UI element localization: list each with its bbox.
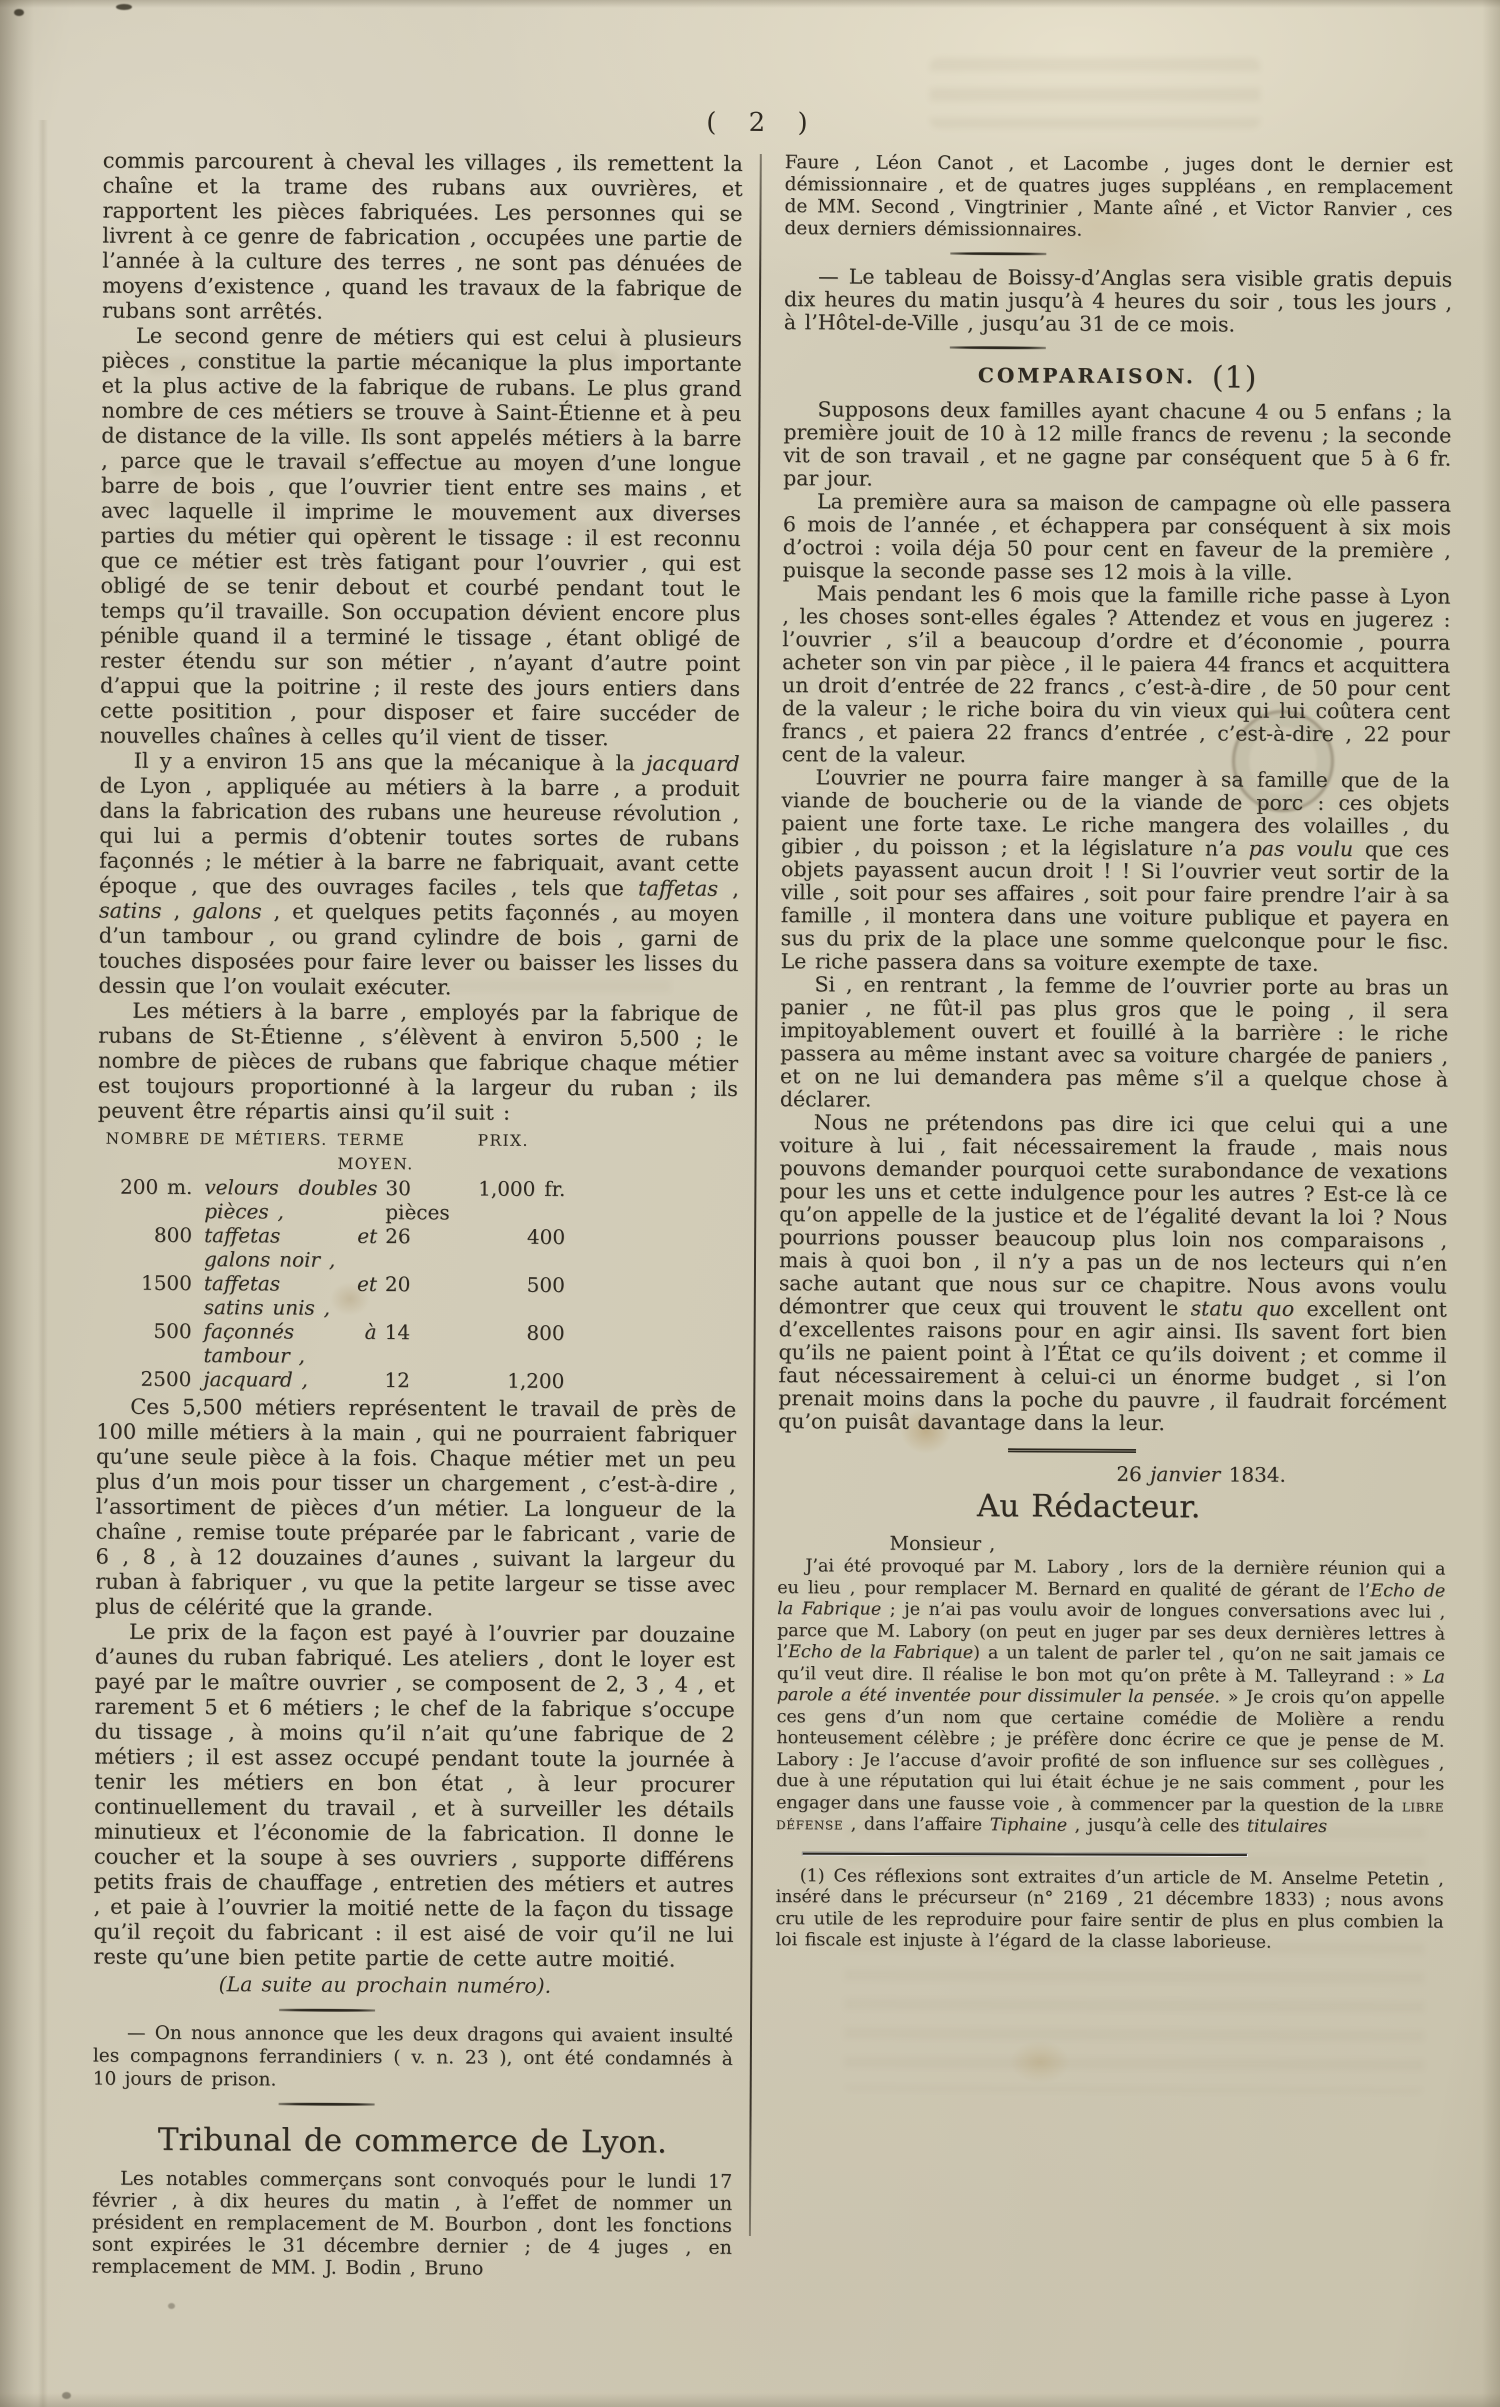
- cell-article: taffetas et galons noir ,: [192, 1223, 377, 1272]
- section-rule: [950, 252, 1046, 256]
- cell-prix: 1,000 fr.: [475, 1177, 565, 1225]
- right-column: Faure , Léon Canot , et Lacombe , juges …: [775, 152, 1452, 1955]
- article-paragraph: Le prix de la façon est payé à l’ouvrier…: [93, 1620, 735, 1973]
- cell-article: velours doubles pièces ,: [192, 1175, 377, 1224]
- cell-nombre: 200 m.: [97, 1175, 192, 1223]
- suite-note: (La suite au prochain numéro).: [93, 1971, 733, 2000]
- section-rule: [279, 2008, 375, 2012]
- letter-salutation: Monsieur ,: [777, 1532, 1445, 1558]
- article-paragraph: Ces 5,500 métiers représentent le travai…: [95, 1395, 736, 1623]
- table-row: 200 m. velours doubles pièces , 30 pièce…: [97, 1175, 737, 1226]
- cell-prix: 400: [475, 1225, 565, 1273]
- cell-terme: 26: [377, 1224, 475, 1273]
- article-paragraph: Les métiers à la barre , employés par la…: [98, 999, 739, 1127]
- comparaison-title: COMPARAISON.: [978, 363, 1196, 388]
- article-paragraph: Il y a environ 15 ans que la mécanique à…: [98, 749, 739, 1002]
- article-paragraph: Le second genre de métiers qui est celui…: [100, 324, 742, 752]
- cell-terme: 20: [377, 1272, 475, 1321]
- cell-terme: 12: [376, 1368, 474, 1393]
- section-rule: [1008, 1448, 1136, 1453]
- tribunal-heading: Tribunal de commerce de Lyon.: [92, 2122, 732, 2161]
- footnote-rule: [802, 1851, 1248, 1856]
- cell-nombre: 1500: [97, 1271, 192, 1319]
- footnote: (1) Ces réflexions sont extraites d’un a…: [775, 1866, 1443, 1955]
- letter-date: 26 janvier 1834.: [778, 1460, 1446, 1487]
- cell-prix: 1,200: [474, 1369, 564, 1393]
- cell-nombre: 800: [97, 1223, 192, 1271]
- table-header-nombre: NOMBRE DE MÉTIERS.: [97, 1127, 337, 1176]
- section-rule: [279, 2102, 375, 2106]
- comparaison-paragraph: La première aura sa maison de campagne o…: [783, 490, 1451, 585]
- newspaper-page: ( 2 ) commis parcourent à cheval les vil…: [0, 0, 1500, 2407]
- column-divider: [749, 154, 762, 2236]
- letter-body: J’ai été provoqué par M. Labory , lors d…: [776, 1556, 1445, 1839]
- table-header-row: NOMBRE DE MÉTIERS. TERME MOYEN. PRIX.: [97, 1127, 737, 1178]
- cell-terme: 14: [376, 1320, 474, 1369]
- letter-heading: Au Rédacteur.: [778, 1487, 1400, 1526]
- cell-article: taffetas et satins unis ,: [192, 1271, 377, 1320]
- cell-nombre: 500: [96, 1319, 191, 1367]
- comparaison-heading: COMPARAISON.(1): [784, 363, 1452, 390]
- tribunal-paragraph: Les notables commerçans sont convoqués p…: [92, 2168, 733, 2281]
- left-column: commis parcourent à cheval les villages …: [92, 149, 743, 2281]
- loom-table: NOMBRE DE MÉTIERS. TERME MOYEN. PRIX. 20…: [96, 1127, 737, 1394]
- table-row: 500 façonnés à tambour , 14 800: [96, 1319, 736, 1370]
- table-header-terme: TERME MOYEN.: [337, 1128, 477, 1177]
- comparaison-paragraph: L’ouvrier ne pourra faire manger à sa fa…: [781, 766, 1450, 976]
- cell-prix: 800: [474, 1321, 564, 1369]
- cell-article: façonnés à tambour ,: [191, 1319, 376, 1368]
- section-rule: [950, 346, 1046, 350]
- comparaison-paragraph: Si , en rentrant , la femme de l’ouvrier…: [780, 973, 1449, 1114]
- comparaison-paragraph: Nous ne prétendons pas dire ici que celu…: [778, 1111, 1448, 1436]
- news-item: — On nous annonce que les deux dragons q…: [93, 2022, 733, 2094]
- cell-nombre: 2500: [96, 1367, 191, 1391]
- comparaison-paragraph: Mais pendant les 6 mois que la famille r…: [782, 582, 1451, 769]
- table-row: 1500 taffetas et satins unis , 20 500: [97, 1271, 737, 1322]
- cell-article: jacquard ,: [191, 1367, 376, 1392]
- judges-paragraph: Faure , Léon Canot , et Lacombe , juges …: [784, 152, 1452, 243]
- table-row: 800 taffetas et galons noir , 26 400: [97, 1223, 737, 1274]
- table-row: 2500 jacquard , 12 1,200: [96, 1367, 736, 1394]
- tableau-notice: — Le tableau de Boissy-d’Anglas sera vis…: [784, 265, 1452, 337]
- comparaison-paragraph: Supposons deux familles ayant chacune 4 …: [783, 398, 1451, 493]
- table-header-prix: PRIX.: [477, 1129, 737, 1178]
- cell-terme: 30 pièces: [377, 1176, 475, 1225]
- cell-prix: 500: [475, 1273, 565, 1321]
- article-paragraph: commis parcourent à cheval les villages …: [102, 149, 743, 327]
- comparaison-footnote-ref: (1): [1212, 360, 1258, 395]
- page-number: ( 2 ): [693, 108, 833, 139]
